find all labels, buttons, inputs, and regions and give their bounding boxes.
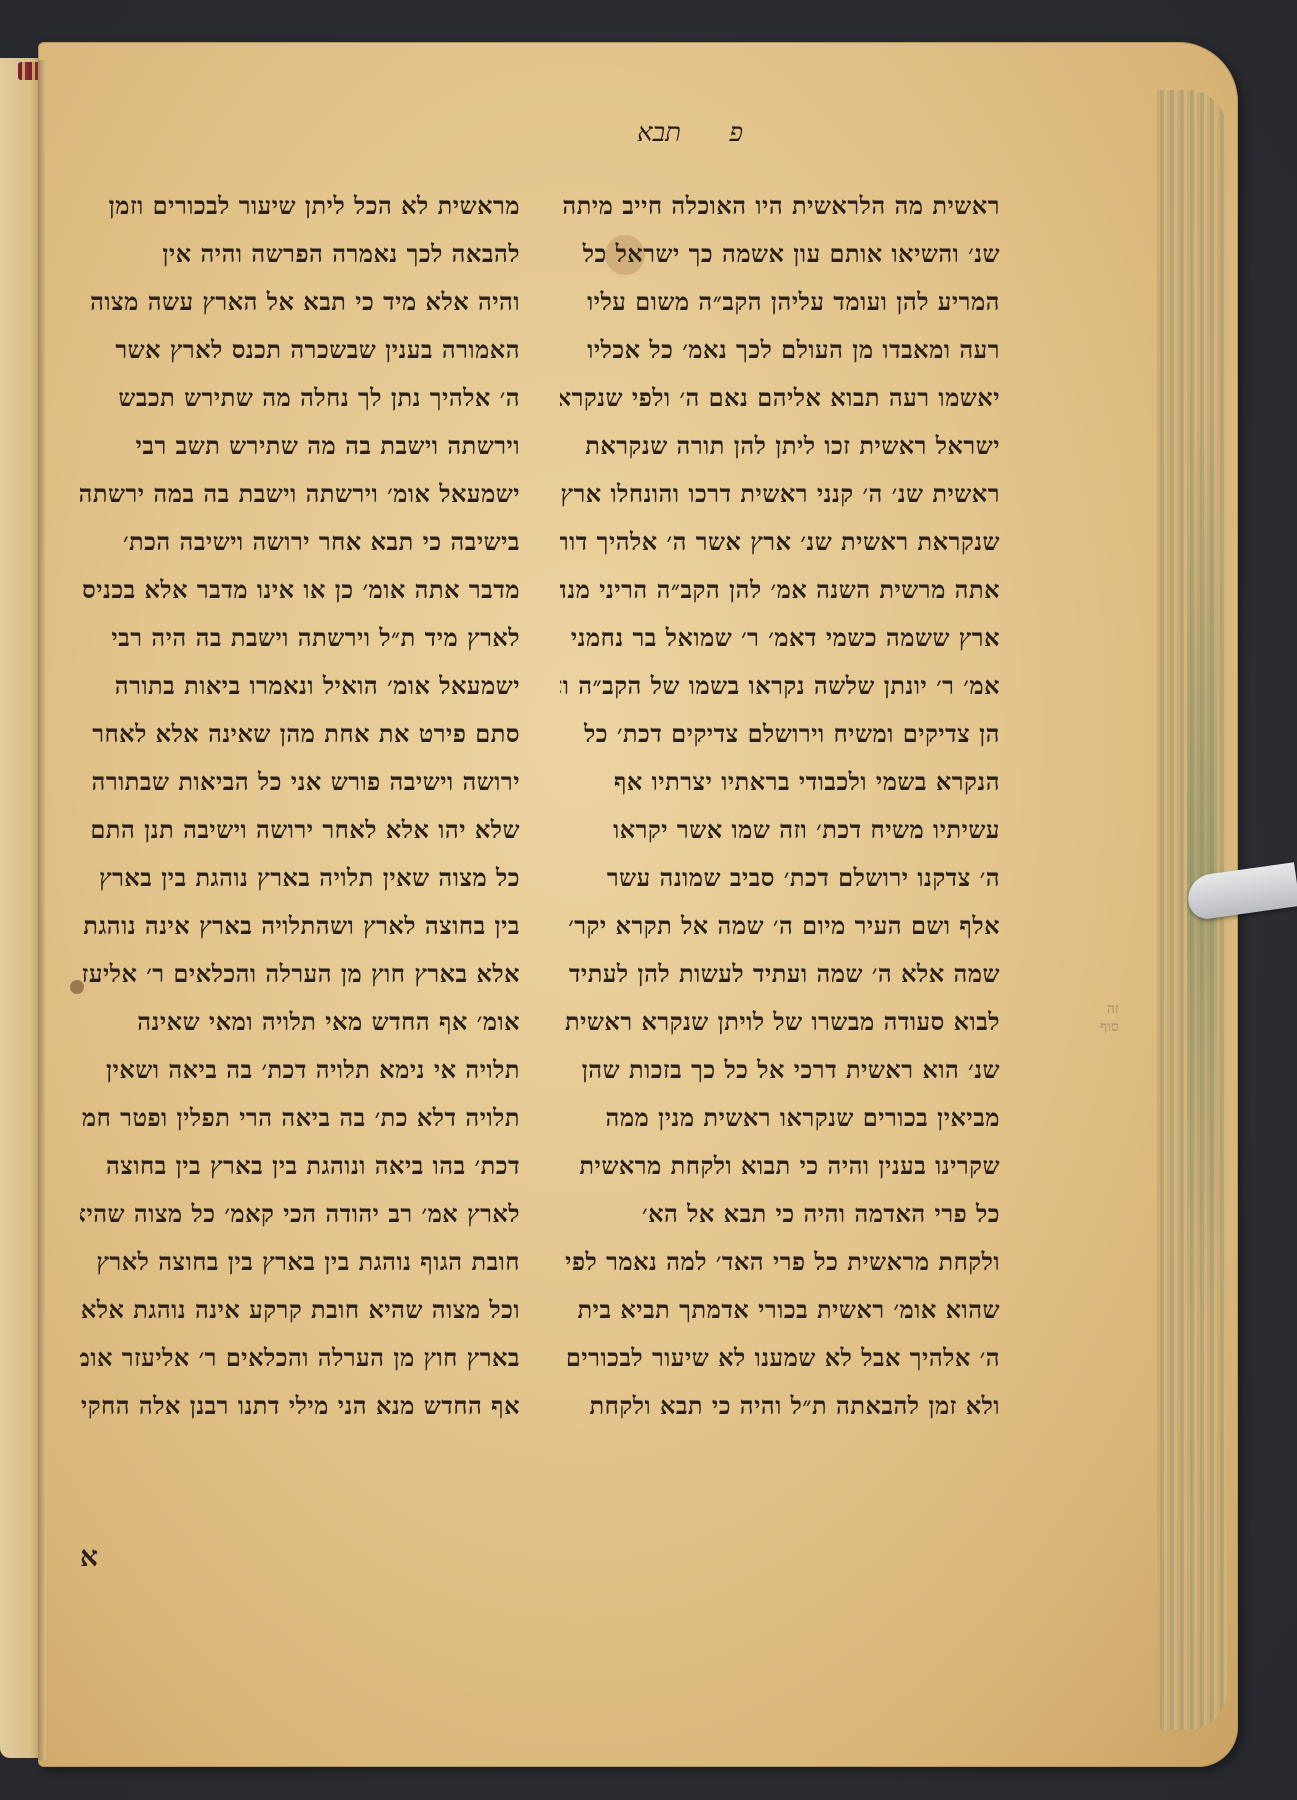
header-folio-letter: פ (729, 118, 743, 148)
text-line: וירשתה וישבת בה מה שתירש תשב רבי (80, 422, 520, 470)
text-line: דכת׳ בהו ביאה ונוהגת בין בארץ בין בחוצה (80, 1142, 520, 1190)
text-line: אמ׳ ר׳ יונתן שלשה נקראו בשמו של הקב״ה וא… (560, 662, 1000, 710)
text-line: אף החדש מנא הני מילי דתנו רבנן אלה החקים (80, 1382, 520, 1430)
text-line: סתם פירט את אחת מהן שאינה אלא לאחר (80, 710, 520, 758)
text-line: שנ׳ הוא ראשית דרכי אל כל כך בזכות שהן (560, 1046, 1000, 1094)
text-line: שנ׳ והשיאו אותם עון אשמה כך ישראל כל (560, 230, 1000, 278)
text-line: כל מצוה שאין תלויה בארץ נוהגת בין בארץ (80, 854, 520, 902)
gutter-fold (38, 60, 46, 1760)
text-line: והיה אלא מיד כי תבא אל הארץ עשה מצוה (80, 278, 520, 326)
text-line: ולא זמן להבאתה ת״ל והיה כי תבא ולקחת (560, 1382, 1000, 1430)
text-line: שהוא אומ׳ ראשית בכורי אדמתך תביא בית (560, 1286, 1000, 1334)
text-line: עשיתיו משיח דכת׳ וזה שמו אשר יקראו (560, 806, 1000, 854)
text-line: האמורה בענין שבשכרה תכנס לארץ אשר (80, 326, 520, 374)
text-line: לארץ אמ׳ רב יהודה הכי קאמ׳ כל מצוה שהיא (80, 1190, 520, 1238)
text-line: בארץ חוץ מן הערלה והכלאים ר׳ אליעזר אומ׳ (80, 1334, 520, 1382)
left-text-column: מראשית לא הכל ליתן שיעור לבכורים וזמן לה… (80, 182, 520, 1430)
text-line: מביאין בכורים שנקראו ראשית מנין ממה (560, 1094, 1000, 1142)
text-line: כל פרי האדמה והיה כי תבא אל הא׳ (560, 1190, 1000, 1238)
right-text-column: ראשית מה הלראשית היו האוכלה חייב מיתה שנ… (560, 182, 1000, 1430)
text-line: חובת הגוף נוהגת בין בארץ בין בחוצה לארץ (80, 1238, 520, 1286)
running-header: פ תבא (600, 118, 780, 148)
folio-mark: א (80, 1540, 98, 1574)
margin-note: זה סוף (1100, 1000, 1119, 1036)
text-line: תלויה דלא כת׳ בה ביאה הרי תפלין ופטר חמו… (80, 1094, 520, 1142)
text-line: רעה ומאבדו מן העולם לכך נאמ׳ כל אכליו (560, 326, 1000, 374)
facing-page-edge (0, 58, 42, 1758)
text-line: ה׳ צדקנו ירושלם דכת׳ סביב שמונה עשר (560, 854, 1000, 902)
text-line: תלויה אי נימא תלויה דכת׳ בה ביאה ושאין (80, 1046, 520, 1094)
text-line: הנקרא בשמי ולכבודי בראתיו יצרתיו אף (560, 758, 1000, 806)
text-line: הן צדיקים ומשיח וירושלם צדיקים דכת׳ כל (560, 710, 1000, 758)
text-line: ארץ ששמה כשמי דאמ׳ ר׳ שמואל בר נחמני (560, 614, 1000, 662)
text-line: ראשית שנ׳ ה׳ קנני ראשית דרכו והונחלו ארץ (560, 470, 1000, 518)
text-line: לבוא סעודה מבשרו של לויתן שנקרא ראשית (560, 998, 1000, 1046)
text-line: המריע להן ועומד עליהן הקב״ה משום עליו (560, 278, 1000, 326)
text-line: יאשמו רעה תבוא אליהם נאם ה׳ ולפי שנקראו (560, 374, 1000, 422)
text-line: ישראל ראשית זכו ליתן להן תורה שנקראת (560, 422, 1000, 470)
text-line: בין בחוצה לארץ ושהתלויה בארץ אינה נוהגת (80, 902, 520, 950)
text-line: וכל מצוה שהיא חובת קרקע אינה נוהגת אלא (80, 1286, 520, 1334)
text-line: אומ׳ אף החדש מאי תלויה ומאי שאינה (80, 998, 520, 1046)
text-line: ה׳ אלהיך אבל לא שמענו לא שיעור לבכורים (560, 1334, 1000, 1382)
text-line: מדבר אתה אומ׳ כן או אינו מדבר אלא בכניסת… (80, 566, 520, 614)
text-line: בישיבה כי תבא אחר ירושה וישיבה הכת׳ (80, 518, 520, 566)
text-line: מראשית לא הכל ליתן שיעור לבכורים וזמן (80, 182, 520, 230)
margin-note-line: זה (1100, 1000, 1119, 1018)
text-line: ראשית מה הלראשית היו האוכלה חייב מיתה (560, 182, 1000, 230)
text-line: ישמעאל אומ׳ וירשתה וישבת בה במה ירשתה (80, 470, 520, 518)
text-line: אלא בארץ חוץ מן הערלה והכלאים ר׳ אליעזר (80, 950, 520, 998)
edge-discoloration (1187, 420, 1217, 1320)
text-line: שמה אלא ה׳ שמה ועתיד לעשות להן לעתיד (560, 950, 1000, 998)
header-title: תבא (637, 118, 681, 148)
text-line: שלא יהו אלא לאחר ירושה וישיבה תנן התם (80, 806, 520, 854)
text-line: ישמעאל אומ׳ הואיל ונאמרו ביאות בתורה (80, 662, 520, 710)
text-line: ירושה וישיבה פורש אני כל הביאות שבתורה (80, 758, 520, 806)
text-line: להבאה לכך נאמרה הפרשה והיה אין (80, 230, 520, 278)
text-line: אלף ושם העיר מיום ה׳ שמה אל תקרא יקר׳ (560, 902, 1000, 950)
margin-note-line: סוף (1100, 1018, 1119, 1036)
text-line: אתה מרשית השנה אמ׳ להן הקב״ה הריני מנחיל… (560, 566, 1000, 614)
text-line: ה׳ אלהיך נתן לך נחלה מה שתירש תכבש (80, 374, 520, 422)
text-line: שקרינו בענין והיה כי תבוא ולקחת מראשית (560, 1142, 1000, 1190)
text-line: לארץ מיד ת״ל וירשתה וישבת בה היה רבי (80, 614, 520, 662)
text-line: שנקראת ראשית שנ׳ ארץ אשר ה׳ אלהיך דורש (560, 518, 1000, 566)
text-line: ולקחת מראשית כל פרי האד׳ למה נאמר לפי (560, 1238, 1000, 1286)
